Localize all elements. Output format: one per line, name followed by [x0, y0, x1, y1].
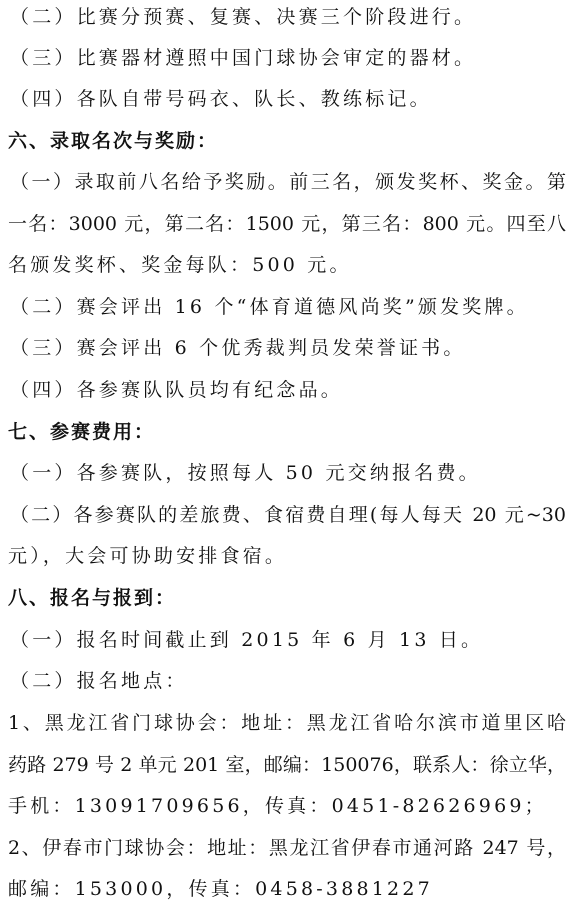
- item-line: （二）各参赛队的差旅费、食宿费自理(每人每天 20 元~30: [10, 500, 566, 530]
- item-line: （一）报名时间截止到 2015 年 6 月 13 日。: [10, 625, 566, 655]
- item-line: （一）各参赛队，按照每人 50 元交纳报名费。: [10, 458, 566, 488]
- contact-line: 1、黑龙江省门球协会：地址：黑龙江省哈尔滨市道里区哈: [8, 708, 566, 738]
- contact-line: 手机：13091709656，传真：0451-82626969；: [8, 791, 566, 821]
- item-line: （二）比赛分预赛、复赛、决赛三个阶段进行。: [10, 2, 566, 32]
- section-heading-6: 六、录取名次与奖励：: [8, 126, 566, 156]
- item-line: （二）赛会评出 16 个“体育道德风尚奖”颁发奖牌。: [10, 292, 566, 322]
- item-line: （四）各参赛队队员均有纪念品。: [10, 375, 566, 405]
- section-heading-7: 七、参赛费用：: [8, 417, 566, 447]
- item-line: （二）报名地点：: [10, 666, 566, 696]
- contact-line: 药路 279 号 2 单元 201 室，邮编：150076，联系人：徐立华，: [8, 750, 566, 780]
- item-line: （四）各队自带号码衣、队长、教练标记。: [10, 84, 566, 114]
- contact-line: 邮编：153000，传真：0458-3881227: [8, 874, 566, 903]
- item-line: （三）比赛器材遵照中国门球协会审定的器材。: [10, 43, 566, 73]
- section-heading-8: 八、报名与报到：: [8, 583, 566, 613]
- contact-line: 2、伊春市门球协会：地址：黑龙江省伊春市通河路 247 号，: [8, 833, 566, 863]
- continuation-line: 元），大会可协助安排食宿。: [8, 541, 566, 571]
- continuation-line: 一名：3000 元，第二名：1500 元，第三名：800 元。四至八: [8, 209, 566, 239]
- item-line: （三）赛会评出 6 个优秀裁判员发荣誉证书。: [10, 333, 566, 363]
- continuation-line: 名颁发奖杯、奖金每队：500 元。: [8, 250, 566, 280]
- item-line: （一）录取前八名给予奖励。前三名，颁发奖杯、奖金。第: [10, 167, 566, 197]
